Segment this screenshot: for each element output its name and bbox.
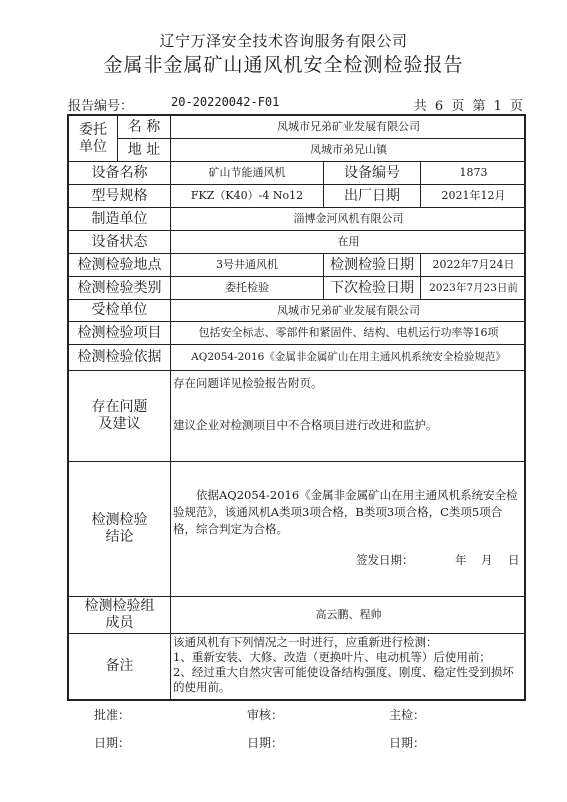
factory-date-label: 出厂日期 <box>324 185 421 208</box>
issue-date-year: 年 <box>455 554 467 568</box>
equipment-no-label: 设备编号 <box>324 162 421 185</box>
company-name: 辽宁万泽安全技术咨询服务有限公司 <box>0 30 567 51</box>
issue-date-label: 签发日期： <box>356 553 414 567</box>
client-name-value: 凤城市兄弟矿业发展有限公司 <box>171 116 526 139</box>
factory-date-value: 2021年12月 <box>421 185 526 208</box>
next-date-value: 2023年7月23日前 <box>421 277 526 300</box>
approve-date-label: 日期： <box>94 734 130 751</box>
report-title: 金属非金属矿山通风机安全检测检验报告 <box>0 50 567 77</box>
basis-value: AQ2054-2016《金属非金属矿山在用主通风机系统安全检验规范》 <box>171 345 526 371</box>
review-label: 审核： <box>247 706 283 723</box>
report-number-row: 报告编号： 20-20220042-F01 共 6 页 第 1 页 <box>68 95 525 113</box>
report-table: 委托 单位 名 称 凤城市兄弟矿业发展有限公司 地 址 凤城市弟兄山镇 设备名称… <box>67 114 526 701</box>
status-label: 设备状态 <box>69 231 171 254</box>
model-label: 型号规格 <box>69 185 171 208</box>
equipment-name-value: 矿山节能通风机 <box>171 162 324 185</box>
inspected-unit-value: 凤城市兄弟矿业发展有限公司 <box>171 300 526 322</box>
location-value: 3号井通风机 <box>171 254 324 277</box>
category-value: 委托检验 <box>171 277 324 300</box>
category-label: 检测检验类别 <box>69 277 171 300</box>
issues-line-1: 存在问题详见检验报告附页。 <box>173 377 323 391</box>
conclusion-text: 依据AQ2054-2016《金属非金属矿山在用主通风机系统安全检验规范》，该通风… <box>173 487 521 538</box>
issue-date-day: 日 <box>508 554 520 568</box>
issues-content: 存在问题详见检验报告附页。 建议企业对检测项目中不合格项目进行改进和监护。 <box>171 371 526 462</box>
location-label: 检测检验地点 <box>69 254 171 277</box>
items-value: 包括安全标志、零部件和紧固件、结构、电机运行功率等16项 <box>171 322 526 345</box>
inspected-unit-label: 受检单位 <box>69 300 171 322</box>
inspector-date-label: 日期： <box>389 734 425 751</box>
remarks-text: 该通风机有下列情况之一时进行，应重新进行检测： 1、重新安装、大修、改造（更换叶… <box>171 634 526 699</box>
team-label: 检测检验组 成员 <box>69 597 171 634</box>
remarks-label: 备注 <box>69 634 171 699</box>
approve-label: 批准： <box>94 706 130 723</box>
basis-label: 检测检验依据 <box>69 345 171 371</box>
inspection-date-label: 检测检验日期 <box>324 254 421 277</box>
issues-line-2: 建议企业对检测项目中不合格项目进行改进和监护。 <box>173 419 438 433</box>
inspection-date-value: 2022年7月24日 <box>421 254 526 277</box>
issue-date-month: 月 <box>481 554 493 568</box>
team-value: 高云鹏、程帅 <box>171 597 526 634</box>
conclusion-content: 依据AQ2054-2016《金属非金属矿山在用主通风机系统安全检验规范》，该通风… <box>171 462 526 597</box>
status-value: 在用 <box>171 231 526 254</box>
items-label: 检测检验项目 <box>69 322 171 345</box>
manufacturer-label: 制造单位 <box>69 208 171 231</box>
issue-date-row: 签发日期： 年 月 日 <box>356 554 521 568</box>
client-label: 委托 单位 <box>69 116 118 162</box>
issues-label: 存在问题 及建议 <box>69 371 171 462</box>
client-address-value: 凤城市弟兄山镇 <box>171 139 526 162</box>
model-value: FKZ（K40）-4 No12 <box>171 185 324 208</box>
equipment-name-label: 设备名称 <box>69 162 171 185</box>
manufacturer-value: 淄博金河风机有限公司 <box>171 208 526 231</box>
report-number-label: 报告编号： <box>68 95 133 114</box>
report-number-value: 20-20220042-F01 <box>171 95 279 109</box>
conclusion-label: 检测检验 结论 <box>69 462 171 597</box>
client-name-label: 名 称 <box>118 116 171 139</box>
review-date-label: 日期： <box>247 734 283 751</box>
page-info: 共 6 页 第 1 页 <box>414 95 525 114</box>
equipment-no-value: 1873 <box>421 162 526 185</box>
next-date-label: 下次检验日期 <box>324 277 421 300</box>
client-address-label: 地 址 <box>118 139 171 162</box>
inspector-label: 主检： <box>389 706 425 723</box>
